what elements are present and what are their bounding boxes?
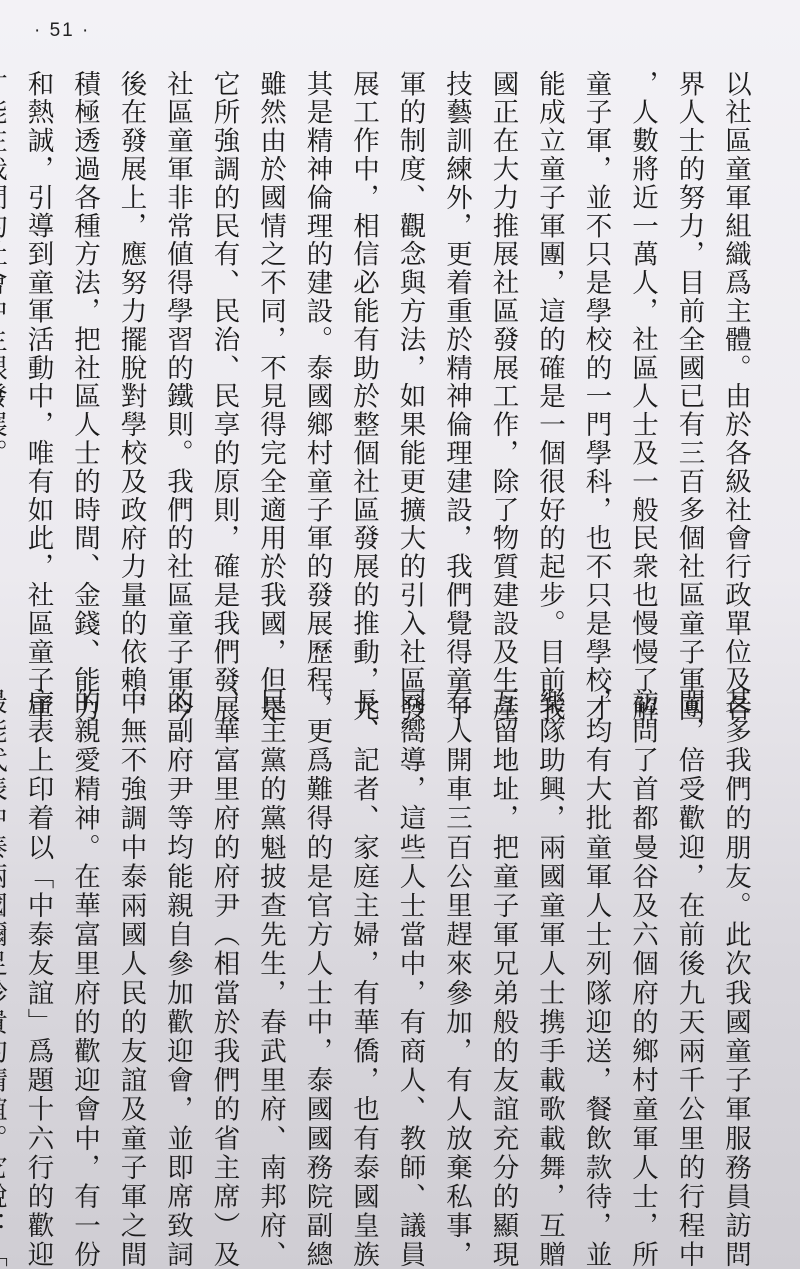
text-line: 展工作中，相信必能有助於整個社區發展的推動，尤	[340, 70, 387, 670]
text-line: 長、記者、家庭主婦，有華僑，也有泰國皇族的後裔	[340, 688, 387, 1248]
text-line: 其是精神倫理的建設。泰國鄉村童子軍的發展歷程，	[293, 70, 340, 670]
bottom-text-block: 甚多我們的朋友。此次我國童子軍服務員訪問泰國期 間，倍受歡迎，在前後九天兩千公里…	[18, 688, 758, 1248]
page-number: · 51 ·	[34, 20, 90, 42]
text-line: 以社區童軍組織爲主體。由於各級社會行政單位及各	[712, 70, 759, 670]
text-line: 技藝訓練外，更着重於精神倫理建設，我們覺得童子	[433, 70, 480, 670]
text-line: 樂隊助興，兩國童軍人士携手載歌載舞，互贈禮物，	[526, 688, 573, 1248]
text-line: 訪問了首都曼谷及六個府的鄉村童軍人士，所到之處	[619, 688, 666, 1248]
top-text-block: 以社區童軍組織爲主體。由於各級社會行政單位及各 界人士的努力，目前全國已有三百多…	[18, 70, 758, 670]
text-line: 民主黨的黨魁披查先生，春武里府、南邦府、清邁府	[247, 688, 294, 1248]
text-line: 能成立童子軍團，這的確是一個很好的起步。目前我	[526, 70, 573, 670]
text-line: 序表上印着以「中泰友誼」爲題十六行的歡迎文字，	[14, 688, 61, 1248]
text-line: 的副府尹等均能親自參加歡迎會，並即席致詞（言談	[154, 688, 201, 1248]
text-line: 最能代表中泰兩國彌足珍貴的情誼。它說：「數千年	[0, 688, 14, 1248]
text-line: 間，倍受歡迎，在前後九天兩千公里的行程中，我們	[665, 688, 712, 1248]
text-line: ，人數將近一萬人，社區人士及一般民衆也慢慢了解	[619, 70, 666, 670]
text-line: 的親愛精神。在華富里府的歡迎會中，有一份歡迎程	[61, 688, 108, 1248]
text-line: 軍的制度、觀念與方法，如果能更擴大的引入社區發	[386, 70, 433, 670]
text-line: 同嚮導，這些人士當中，有商人、教師、議員、縣市	[386, 688, 433, 1248]
text-line: 有人開車三百公里趕來參加，有人放棄私事，全程陪	[433, 688, 480, 1248]
text-line: 雖然由於國情之不同，不見得完全適用於我國，但是	[247, 70, 294, 670]
text-line: 和熱誠，引導到童軍活動中，唯有如此，社區童子軍	[14, 70, 61, 670]
text-line: 才能在我們的社會中生根發展。	[0, 70, 14, 670]
text-line: 國正在大力推展社區發展工作，除了物質建設及生產	[479, 70, 526, 670]
text-line: 互留地址，把童子軍兄弟般的友誼充分的顯現出來。	[479, 688, 526, 1248]
text-line: 積極透過各種方法，把社區人士的時間、金錢、能力	[61, 70, 108, 670]
text-line: 。更爲難得的是官方人士中，泰國國務院副總理也是	[293, 688, 340, 1248]
text-line: 社區童軍非常値得學習的鐵則。我們的社區童子軍今	[154, 70, 201, 670]
text-line: 甚多我們的朋友。此次我國童子軍服務員訪問泰國期	[712, 688, 759, 1248]
text-line: 中無不強調中泰兩國人民的友誼及童子軍之間兄弟般	[107, 688, 154, 1248]
text-line: 它所強調的民有、民治、民享的原則，確是我們發展	[200, 70, 247, 670]
text-line: 童子軍，並不只是學校的一門學科，也不只是學校才	[572, 70, 619, 670]
text-line: 、華富里府的府尹（相當於我們的省主席）及北攬府	[200, 688, 247, 1248]
text-line: 後在發展上，應努力擺脫對學校及政府力量的依賴，	[107, 70, 154, 670]
text-line: 界人士的努力，目前全國已有三百多個社區童子軍團	[665, 70, 712, 670]
text-line: ，均有大批童軍人士列隊迎送，餐飲款待，並有傳統	[572, 688, 619, 1248]
